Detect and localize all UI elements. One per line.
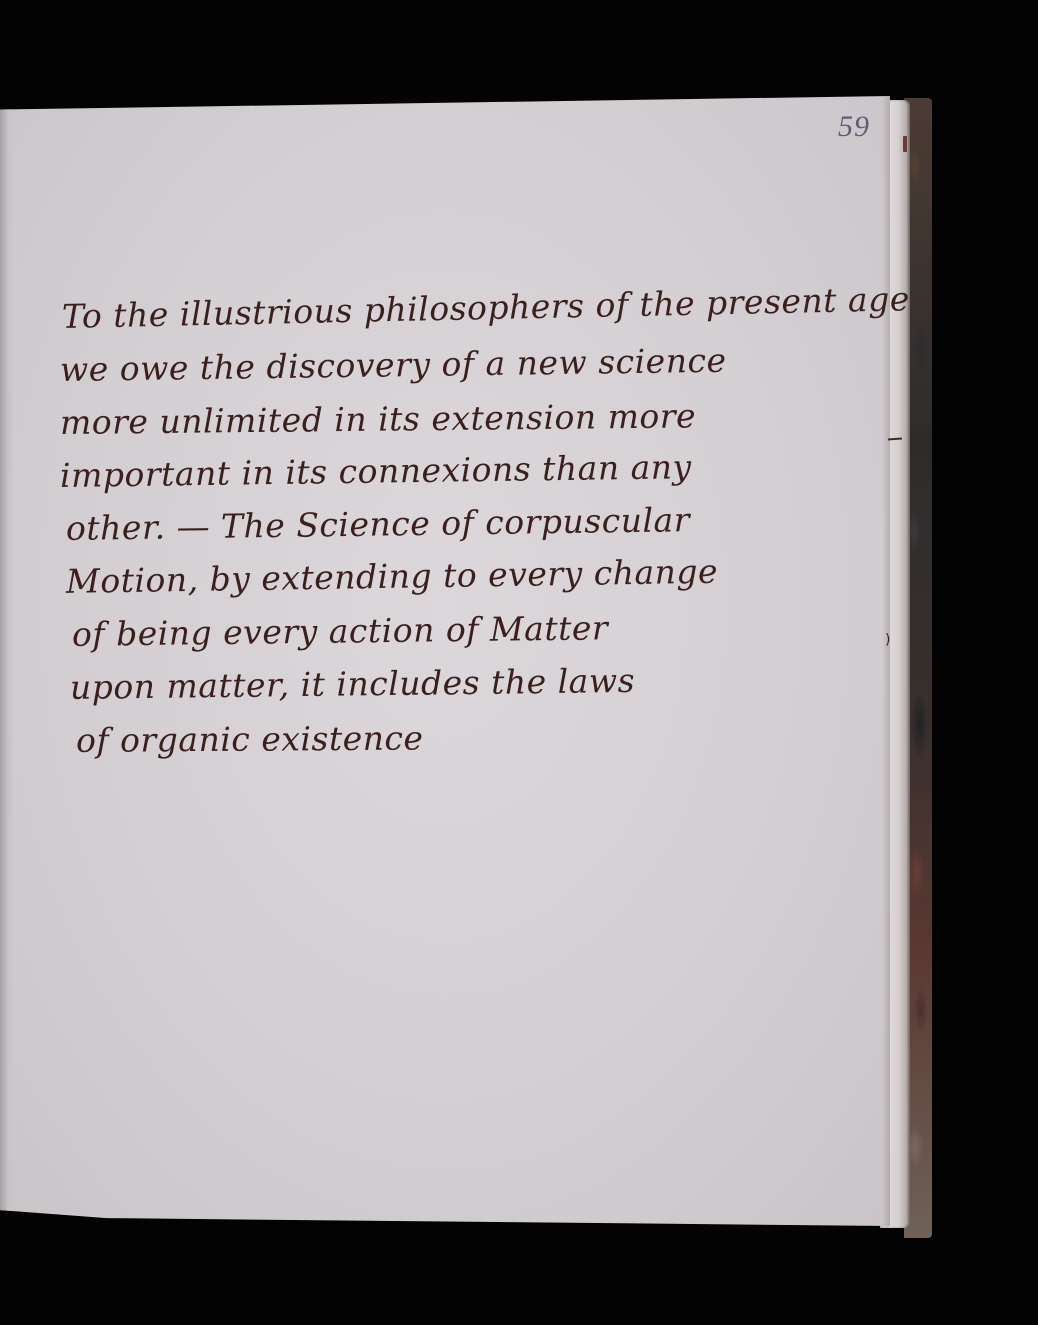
manuscript-line: of being every action of Matter	[60, 599, 821, 661]
folio-number: 59	[838, 110, 870, 144]
page-right-edge	[882, 96, 890, 1226]
manuscript-line: we owe the discovery of a new science	[60, 332, 821, 396]
handwritten-text-block: To the illustrious philosophers of the p…	[60, 290, 820, 767]
binding-tab-mark	[903, 136, 907, 152]
manuscript-line: upon matter, it includes the laws	[60, 652, 821, 714]
margin-bracket-mark: )	[885, 632, 890, 648]
scan-background: 59 To the illustrious philosophers of th…	[0, 0, 1038, 1325]
page-gutter-shadow	[0, 96, 14, 1226]
manuscript-line: of organic existence	[60, 709, 820, 767]
manuscript-line: Motion, by extending to every change	[60, 543, 821, 608]
